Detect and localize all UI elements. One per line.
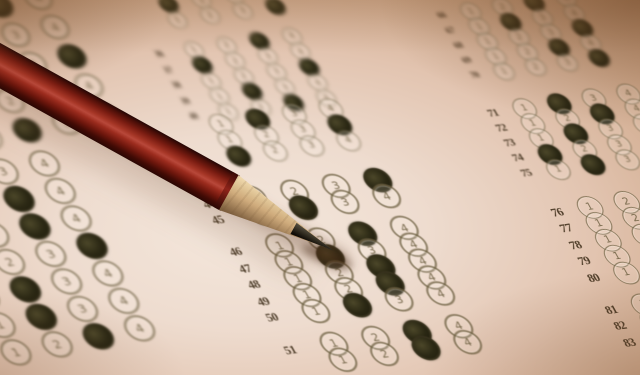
question-number: 77	[547, 222, 575, 236]
bubble-choice-2: 2	[196, 6, 223, 25]
bubble-choice-1: 1	[164, 10, 191, 29]
bubble-choice-2: 2	[36, 329, 78, 360]
answer-sheet-photo: 124134123124134 134124124123134134124 23…	[0, 0, 640, 375]
bubble-choice-3: 3	[61, 293, 103, 324]
bubble-filled-choice-2	[576, 153, 609, 177]
question-number: 76	[537, 206, 565, 220]
question-number: 78	[556, 238, 584, 252]
bubble-choice-3: 3	[611, 148, 640, 172]
bubble-column-right-mid: 7113472124731347423475134	[472, 83, 640, 184]
bubble-filled-choice-1	[222, 144, 255, 168]
bubble-choice-4: 4	[421, 280, 460, 308]
question-number: 83	[610, 336, 638, 350]
bubble-choice-1: 1	[0, 337, 37, 368]
bubble-filled-choice-2	[4, 274, 46, 305]
bubble-choice-2: 2	[521, 56, 550, 76]
bubble-filled-choice-3	[14, 211, 56, 242]
question-number: 48	[232, 278, 262, 293]
bubble-column-right-top: 1241236612467134681236912470123	[395, 0, 625, 85]
question-number	[281, 365, 305, 368]
question-number: 73	[490, 138, 517, 151]
question-number: 46	[214, 246, 244, 261]
bubble-choice-4: 4	[39, 175, 81, 206]
bubble-choice-4: 4	[118, 313, 160, 344]
bubble-choice-3: 3	[326, 188, 365, 216]
bubble-filled-choice-3	[77, 321, 119, 352]
question-number: 75	[507, 168, 534, 181]
question-number: 39	[165, 96, 191, 107]
question-number: 36	[139, 50, 165, 61]
bubble-filled-choice-2	[338, 292, 377, 320]
bubble-filled-choice-4	[262, 0, 289, 16]
bubble-filled-choice-4	[52, 42, 91, 71]
bubble-choice-2: 2	[259, 139, 292, 163]
question-number: 70	[455, 70, 481, 81]
bubble-choice-4: 4	[367, 182, 406, 210]
question-number: 50	[251, 311, 281, 326]
bubble-choice-2: 2	[365, 340, 404, 368]
question-number	[125, 24, 147, 27]
bubble-choice-1: 1	[542, 158, 575, 182]
bubble-column-right-bottom: 7612477123781247912480123811348212483134	[536, 180, 640, 353]
bubble-choice-4: 4	[332, 128, 365, 152]
question-number: 68	[438, 40, 464, 51]
question-number: 49	[242, 295, 272, 310]
bubble-choice-3: 3	[380, 286, 419, 314]
bubble-choice-4: 4	[87, 258, 129, 289]
bubble-choice-4: 4	[103, 285, 145, 316]
question-number: 47	[223, 262, 253, 277]
question-number: 67	[430, 25, 456, 36]
bubble-choice-1: 1	[323, 346, 362, 374]
question-number: 81	[592, 303, 620, 317]
bubble-choice-1: 1	[0, 123, 8, 152]
bubble-choice-4: 4	[35, 13, 74, 42]
bubble-choice-3: 3	[46, 266, 88, 297]
question-number: 38	[156, 81, 182, 92]
bubble-choice-3: 3	[553, 52, 582, 72]
question-number: 69	[446, 55, 472, 66]
question-number: 74	[499, 153, 526, 166]
bubble-filled-choice-2	[20, 301, 62, 332]
bubble-choice-2: 2	[0, 246, 31, 277]
question-number	[116, 9, 138, 12]
bubble-choice-4: 4	[55, 203, 97, 234]
bubble-choice-4: 4	[448, 328, 487, 356]
bubble-filled-choice-3	[406, 334, 445, 362]
bubble-choice-3: 3	[0, 20, 35, 49]
bubble-filled-choice-3	[0, 0, 18, 20]
question-number: 51	[268, 343, 298, 358]
bubble-filled-choice-4	[71, 230, 113, 261]
bubble-choice-4: 4	[23, 148, 65, 179]
question-number: 37	[148, 66, 174, 77]
question-number: 82	[601, 319, 629, 333]
question-number	[163, 129, 186, 132]
bubble-choice-3: 3	[229, 1, 256, 20]
question-number: 72	[482, 123, 509, 136]
bubble-choice-1: 1	[490, 61, 519, 81]
question-number: 80	[574, 271, 602, 285]
bubble-filled-choice-4	[585, 47, 614, 67]
question-number: 79	[565, 255, 593, 269]
pencil-graphite-tip	[290, 222, 337, 257]
bubble-filled-choice-3	[0, 183, 40, 214]
question-number: 71	[473, 107, 500, 120]
bubble-choice-3: 3	[30, 238, 72, 269]
bubble-choice-1: 1	[296, 297, 335, 325]
bubble-choice-3: 3	[295, 134, 328, 158]
question-number: 66	[421, 10, 447, 21]
